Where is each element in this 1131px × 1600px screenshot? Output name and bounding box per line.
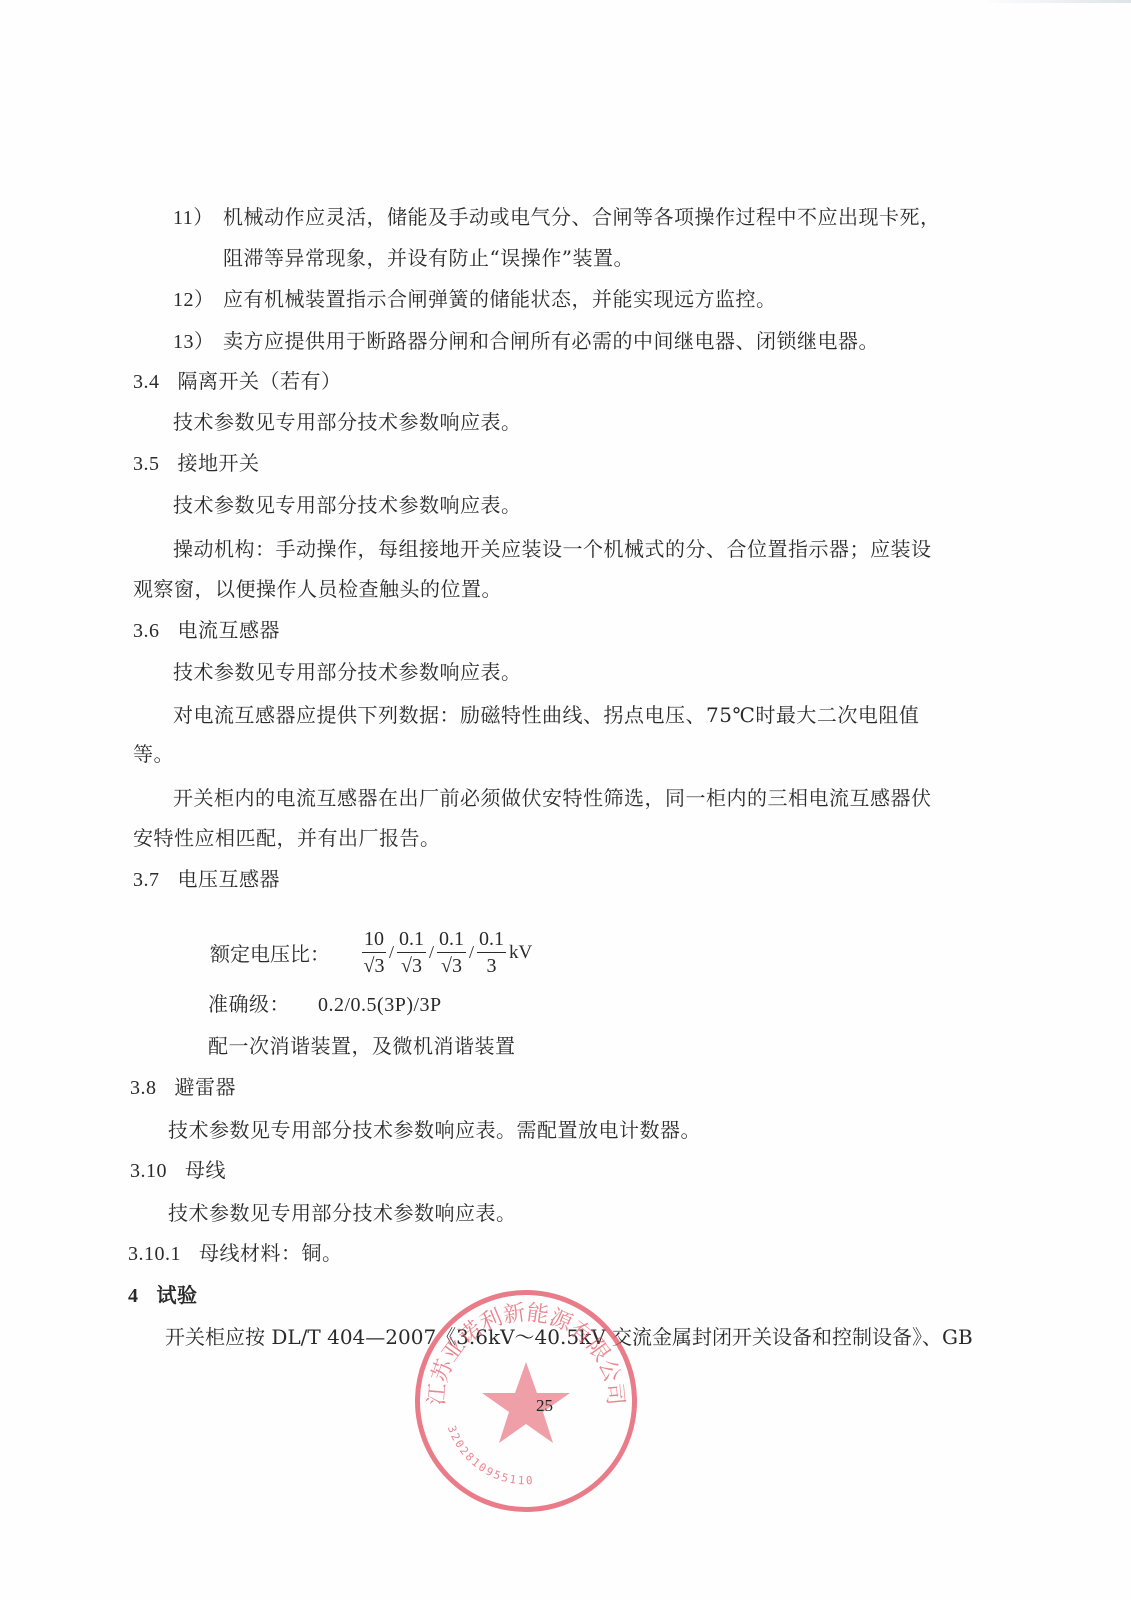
section-heading-3-8: 3.8避雷器 <box>130 1075 236 1100</box>
section-number: 3.6 <box>133 619 160 643</box>
paragraph: 技术参数见专用部分技术参数响应表。需配置放电计数器。 <box>168 1118 701 1142</box>
accuracy-class: 准确级：0.2/0.5(3P)/3P <box>208 992 442 1017</box>
accuracy-label: 准确级： <box>208 992 318 1016</box>
section-heading-3-7: 3.7电压互感器 <box>133 867 280 892</box>
section-heading-3-4: 3.4隔离开关（若有） <box>133 369 342 394</box>
section-heading-3-6: 3.6电流互感器 <box>133 618 280 643</box>
accuracy-value: 0.2/0.5(3P)/3P <box>318 993 442 1017</box>
section-title: 试验 <box>157 1283 198 1307</box>
paragraph: 技术参数见专用部分技术参数响应表。 <box>173 410 522 434</box>
paragraph: 操动机构：手动操作，每组接地开关应装设一个机械式的分、合位置指示器；应装设 <box>173 537 932 561</box>
section-title: 电流互感器 <box>178 618 281 642</box>
section-heading-3-10-1: 3.10.1母线材料：铜。 <box>128 1241 343 1266</box>
section-number: 4 <box>128 1284 139 1308</box>
section-title: 接地开关 <box>178 451 260 475</box>
list-item-11-continuation: 阻滞等异常现象，并设有防止“误操作”装置。 <box>223 246 634 270</box>
list-number: 11） <box>173 206 223 230</box>
paragraph-continuation: 等。 <box>133 742 174 766</box>
scan-edge-artifact <box>981 0 1131 3</box>
page-number: 25 <box>536 1396 553 1416</box>
svg-text:3202810955110: 3202810955110 <box>445 1424 535 1488</box>
section-number: 3.4 <box>133 370 160 394</box>
section-number: 3.8 <box>130 1076 157 1100</box>
seal-star-icon: 江苏亚诺利新能源有限公司 3202810955110 <box>415 1290 637 1512</box>
paragraph: 技术参数见专用部分技术参数响应表。 <box>173 660 522 684</box>
document-page: 11）机械动作应灵活，储能及手动或电气分、合闸等各项操作过程中不应出现卡死， 阻… <box>0 0 1131 1600</box>
paragraph-continuation: 安特性应相匹配，并有出厂报告。 <box>133 826 441 850</box>
list-item-11: 11）机械动作应灵活，储能及手动或电气分、合闸等各项操作过程中不应出现卡死， <box>173 205 941 230</box>
section-number: 3.10.1 <box>128 1242 181 1266</box>
list-number: 13） <box>173 330 223 354</box>
section-heading-3-10: 3.10母线 <box>130 1158 226 1183</box>
fraction: 0.1 3 <box>477 928 506 977</box>
paragraph: 开关柜应按 DL/T 404—2007《3.6kV～40.5kV 交流金属封闭开… <box>165 1325 973 1349</box>
company-seal: 江苏亚诺利新能源有限公司 3202810955110 <box>415 1290 637 1512</box>
list-item-13: 13）卖方应提供用于断路器分闸和合闸所有必需的中间继电器、闭锁继电器。 <box>173 329 879 354</box>
svg-text:江苏亚诺利新能源有限公司: 江苏亚诺利新能源有限公司 <box>424 1301 627 1407</box>
paragraph: 配一次消谐装置，及微机消谐装置 <box>208 1034 516 1058</box>
section-heading-4: 4试验 <box>128 1283 198 1308</box>
fraction: 0.1 √3 <box>437 928 466 977</box>
fraction: 0.1 √3 <box>397 928 426 977</box>
list-text: 机械动作应灵活，储能及手动或电气分、合闸等各项操作过程中不应出现卡死， <box>223 205 941 229</box>
list-number: 12） <box>173 288 223 312</box>
section-title: 电压互感器 <box>178 867 281 891</box>
paragraph-continuation: 观察窗，以便操作人员检查触头的位置。 <box>133 577 502 601</box>
voltage-ratio-formula: 额定电压比： 10 √3 / 0.1 √3 / 0.1 √3 / 0.1 3 k… <box>210 928 532 977</box>
paragraph: 技术参数见专用部分技术参数响应表。 <box>173 493 522 517</box>
paragraph: 技术参数见专用部分技术参数响应表。 <box>168 1201 517 1225</box>
section-title: 母线材料：铜。 <box>199 1241 343 1265</box>
section-title: 母线 <box>185 1158 226 1182</box>
paragraph: 对电流互感器应提供下列数据：励磁特性曲线、拐点电压、75℃时最大二次电阻值 <box>173 703 919 727</box>
paragraph: 开关柜内的电流互感器在出厂前必须做伏安特性筛选，同一柜内的三相电流互感器伏 <box>173 786 932 810</box>
fraction: 10 √3 <box>362 928 386 977</box>
section-heading-3-5: 3.5接地开关 <box>133 451 260 476</box>
section-number: 3.5 <box>133 452 160 476</box>
ratio-label: 额定电压比： <box>210 938 330 967</box>
section-title: 避雷器 <box>175 1075 237 1099</box>
list-text: 卖方应提供用于断路器分闸和合闸所有必需的中间继电器、闭锁继电器。 <box>223 329 879 353</box>
section-title: 隔离开关（若有） <box>178 369 342 393</box>
section-number: 3.10 <box>130 1159 167 1183</box>
unit-label: kV <box>509 942 532 964</box>
list-item-12: 12）应有机械装置指示合闸弹簧的储能状态，并能实现远方监控。 <box>173 287 777 312</box>
list-text: 应有机械装置指示合闸弹簧的储能状态，并能实现远方监控。 <box>223 287 777 311</box>
section-number: 3.7 <box>133 868 160 892</box>
